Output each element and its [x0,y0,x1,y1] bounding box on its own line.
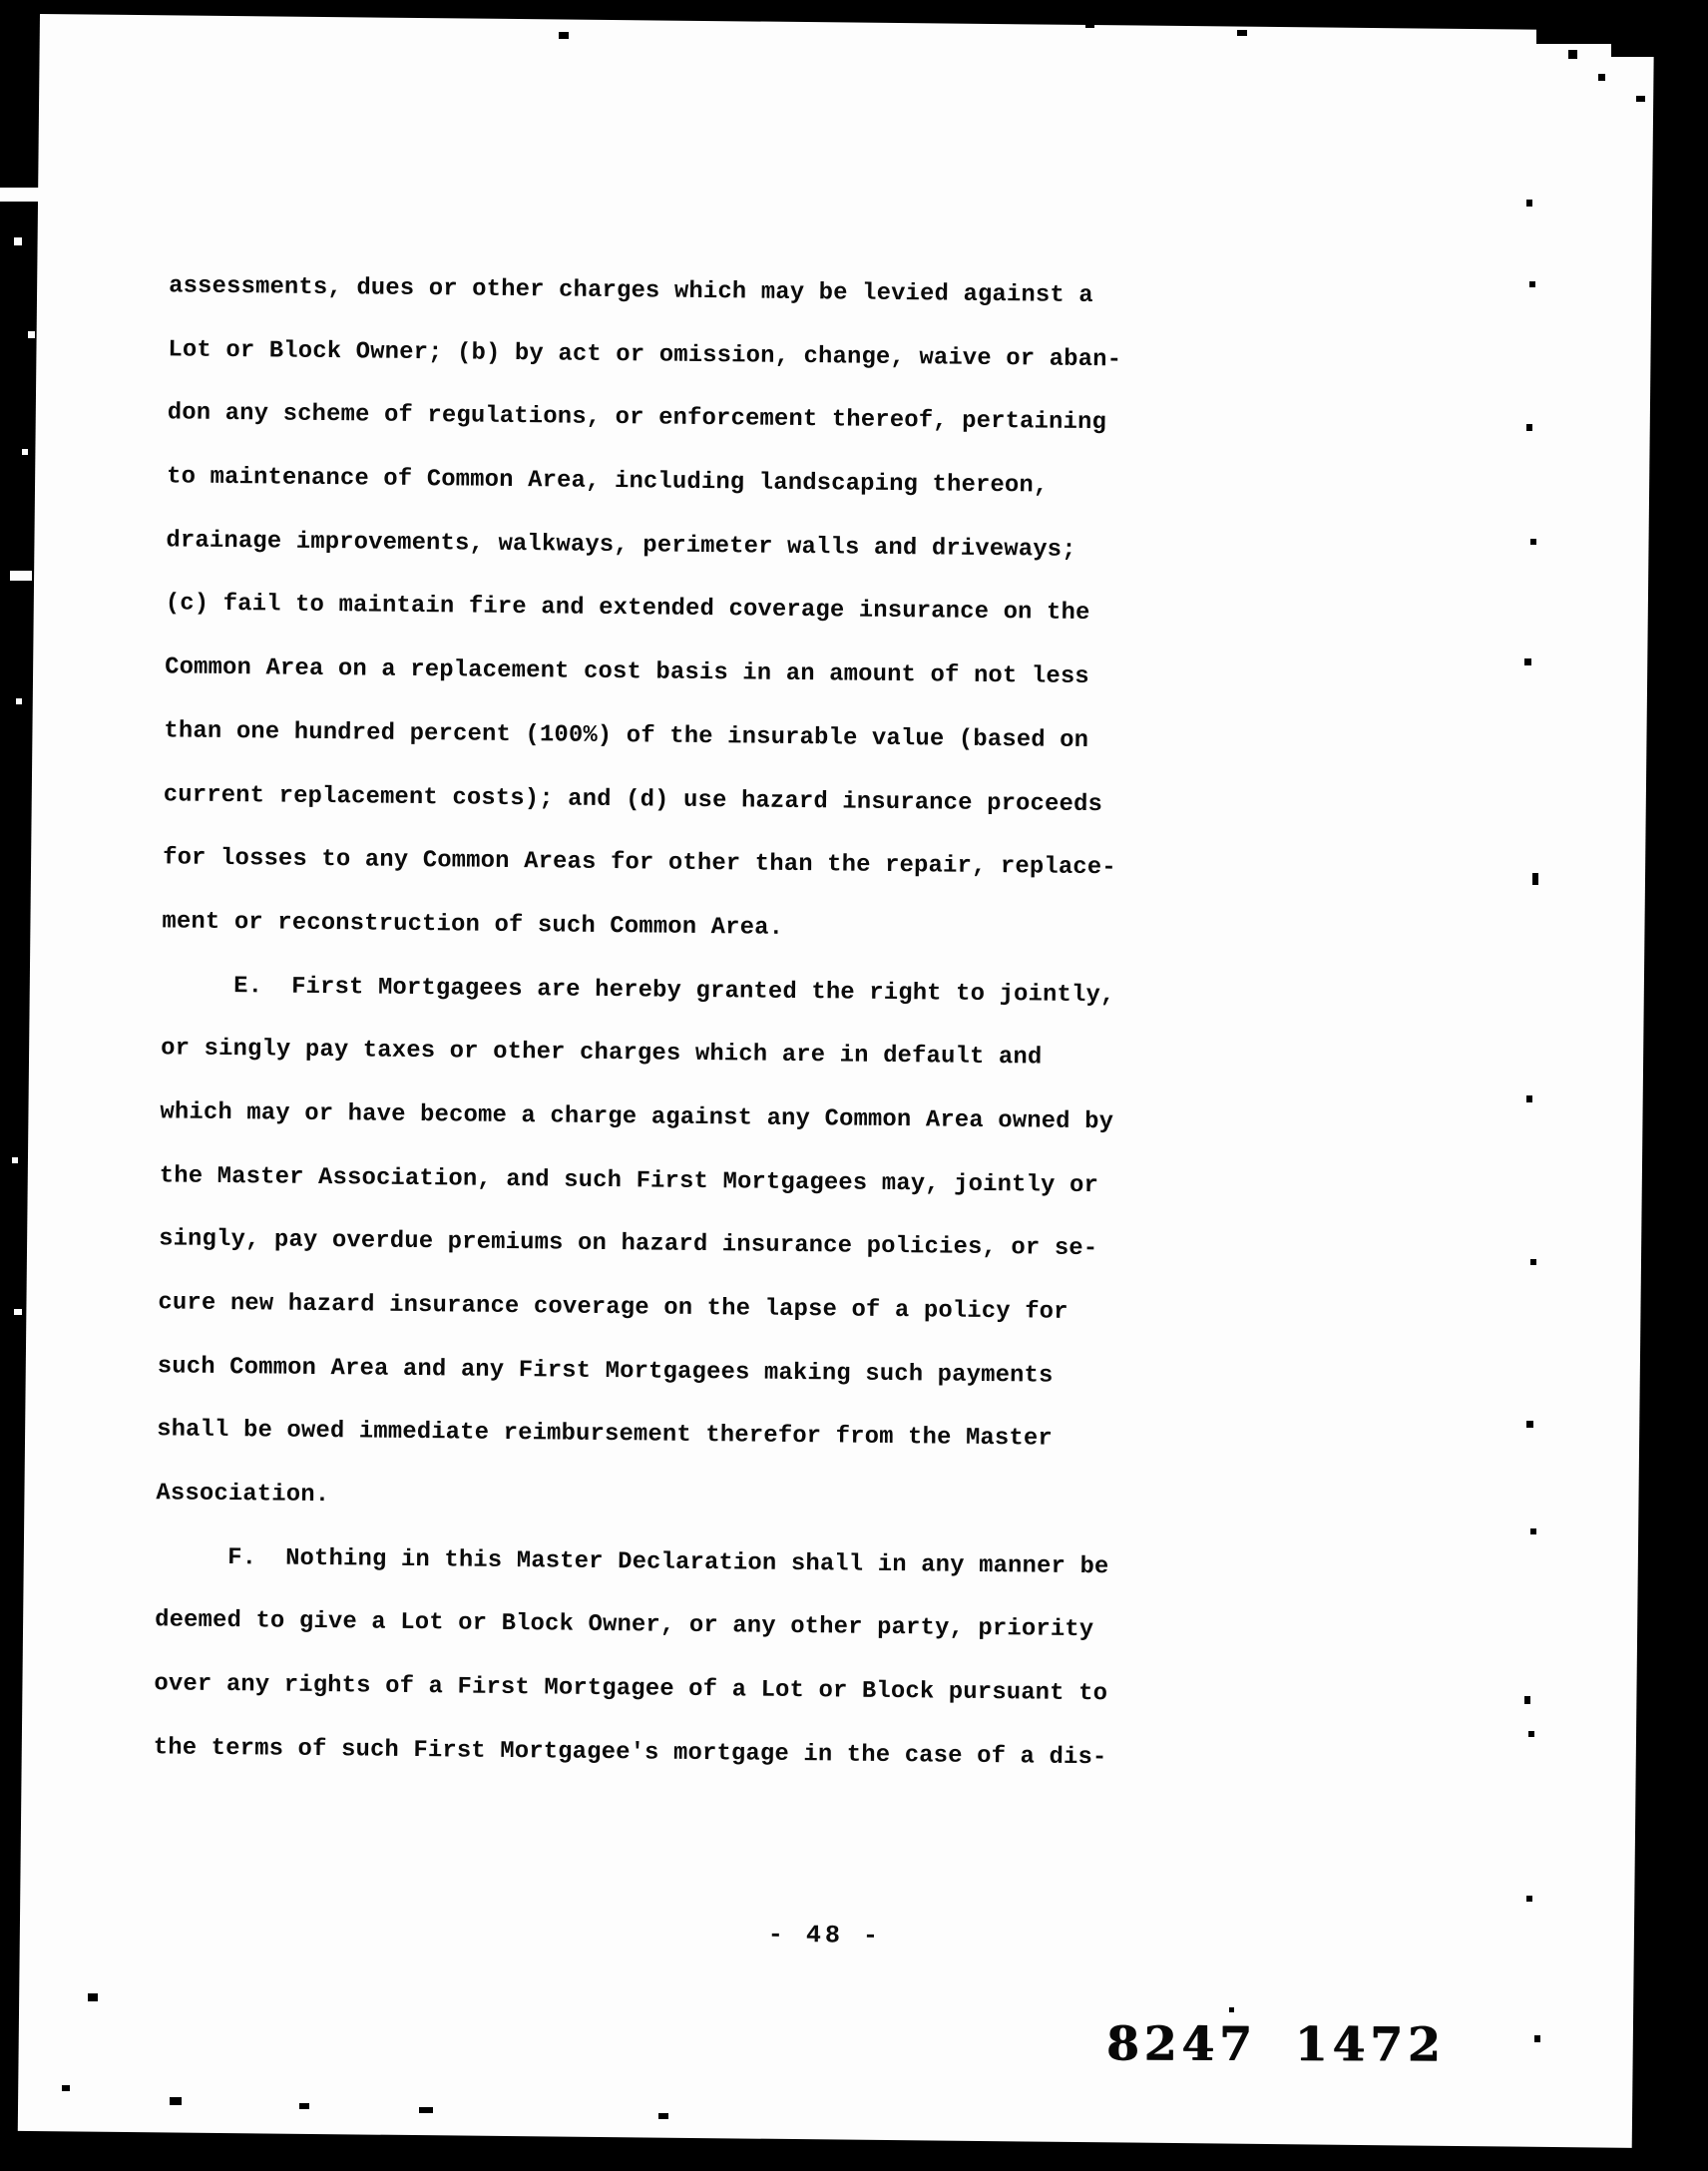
speck [1688,158,1697,192]
speck [1528,1731,1534,1737]
stamp-number-right: 1472 [1294,2017,1445,2073]
speck [0,188,44,202]
speck [1682,118,1689,134]
speck [62,2085,70,2091]
speck [1529,281,1535,287]
speck [1568,50,1577,59]
document-text: assessments, dues or other charges which… [153,254,1346,1792]
speck [50,2057,58,2065]
speck [1534,2035,1540,2042]
text-line: shall be owed immediate reimbursement th… [157,1399,1335,1475]
page-number: - 48 - [768,1921,882,1951]
stamp-number: 82471472 [1106,2016,1446,2072]
speck [559,32,569,39]
speck [1524,1696,1530,1704]
text-line: to maintenance of Common Area, including… [167,445,1345,521]
speck [850,0,859,19]
speck [14,1309,22,1315]
speck [1526,1421,1533,1428]
text-line: assessments, dues or other charges which… [169,254,1347,330]
speck [22,449,28,455]
speck [14,237,22,245]
speck [28,331,35,338]
document-page: assessments, dues or other charges which… [18,14,1654,2148]
text-line: Common Area on a replacement cost basis … [165,636,1343,711]
speck [349,5,375,14]
speck [1237,30,1247,36]
speck [16,698,22,704]
speck [1229,2007,1234,2012]
speck [1526,424,1532,431]
speck [1526,1896,1532,1902]
speck [429,12,439,18]
text-line: the terms of such First Mortgagee's mort… [153,1716,1331,1792]
text-line: than one hundred percent (100%) of the i… [164,699,1342,775]
speck [88,1993,98,2001]
speck [1536,28,1708,44]
speck [1530,1528,1536,1534]
speck [12,1157,18,1163]
speck [299,2103,309,2109]
speck [1530,1259,1536,1265]
speck [1611,44,1708,57]
speck [1526,1095,1532,1102]
speck [170,2097,182,2105]
speck [1085,22,1094,28]
speck [1656,57,1708,103]
speck [686,2,700,13]
speck [1532,873,1538,885]
text-line: for losses to any Common Areas for other… [163,827,1341,903]
speck [1526,200,1532,207]
speck [10,571,32,581]
text-line: over any rights of a First Mortgagee of … [154,1652,1332,1728]
speck [1636,96,1645,102]
speck [658,2113,668,2119]
speck [419,2107,433,2113]
text-line: ment or reconstruction of such Common Ar… [162,890,1340,966]
speck [1524,658,1531,665]
stamp-number-left: 8247 [1106,2016,1257,2072]
speck [1530,539,1536,545]
text-line: cure new hazard insurance coverage on th… [158,1271,1336,1347]
speck [1598,74,1605,81]
text-line: which may or have become a charge agains… [160,1081,1338,1156]
